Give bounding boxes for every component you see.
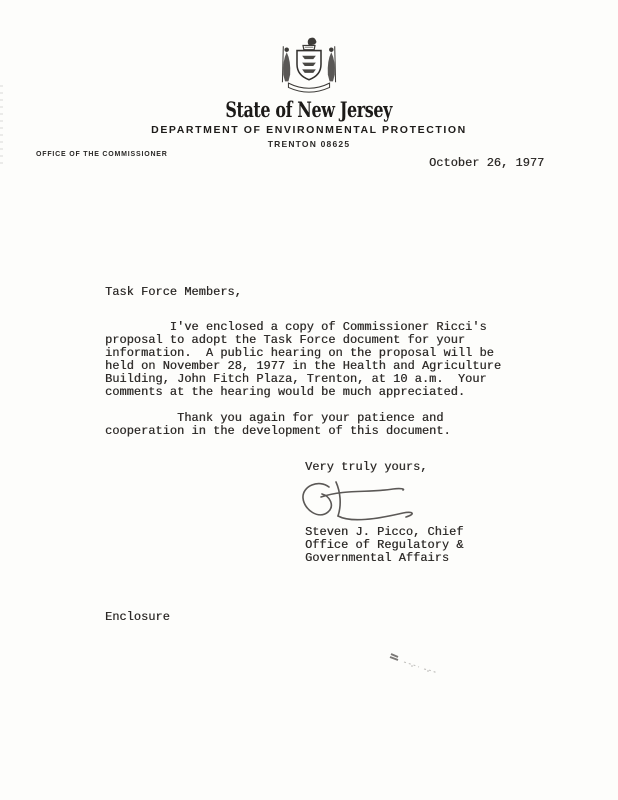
- salutation: Task Force Members,: [105, 286, 242, 299]
- new-jersey-state-seal-icon: [266, 36, 352, 96]
- body-paragraph-1: I've enclosed a copy of Commissioner Ric…: [105, 321, 501, 399]
- pencil-smudge-mark: [384, 652, 448, 678]
- city-zip-line: TRENTON 08625: [0, 139, 618, 149]
- scanned-letter-page: State of New Jersey DEPARTMENT OF ENVIRO…: [0, 0, 618, 800]
- signer-title-line-1: Office of Regulatory &: [305, 538, 463, 552]
- letter-date: October 26, 1977: [429, 157, 544, 170]
- closing-line: Very truly yours,: [305, 461, 427, 474]
- signature-block: Steven J. Picco, Chief Office of Regulat…: [305, 526, 463, 565]
- office-of-commissioner-line: OFFICE OF THE COMMISSIONER: [36, 151, 168, 158]
- signature-handwriting-icon: [293, 476, 423, 526]
- scan-edge-noise: [0, 85, 3, 165]
- body-paragraph-2: Thank you again for your patience and co…: [105, 412, 451, 438]
- signer-name: Steven J. Picco, Chief: [305, 525, 463, 539]
- enclosure-note: Enclosure: [105, 611, 170, 624]
- signer-title-line-2: Governmental Affairs: [305, 551, 449, 565]
- department-name: DEPARTMENT OF ENVIRONMENTAL PROTECTION: [0, 124, 618, 136]
- state-name: State of New Jersey: [0, 97, 618, 122]
